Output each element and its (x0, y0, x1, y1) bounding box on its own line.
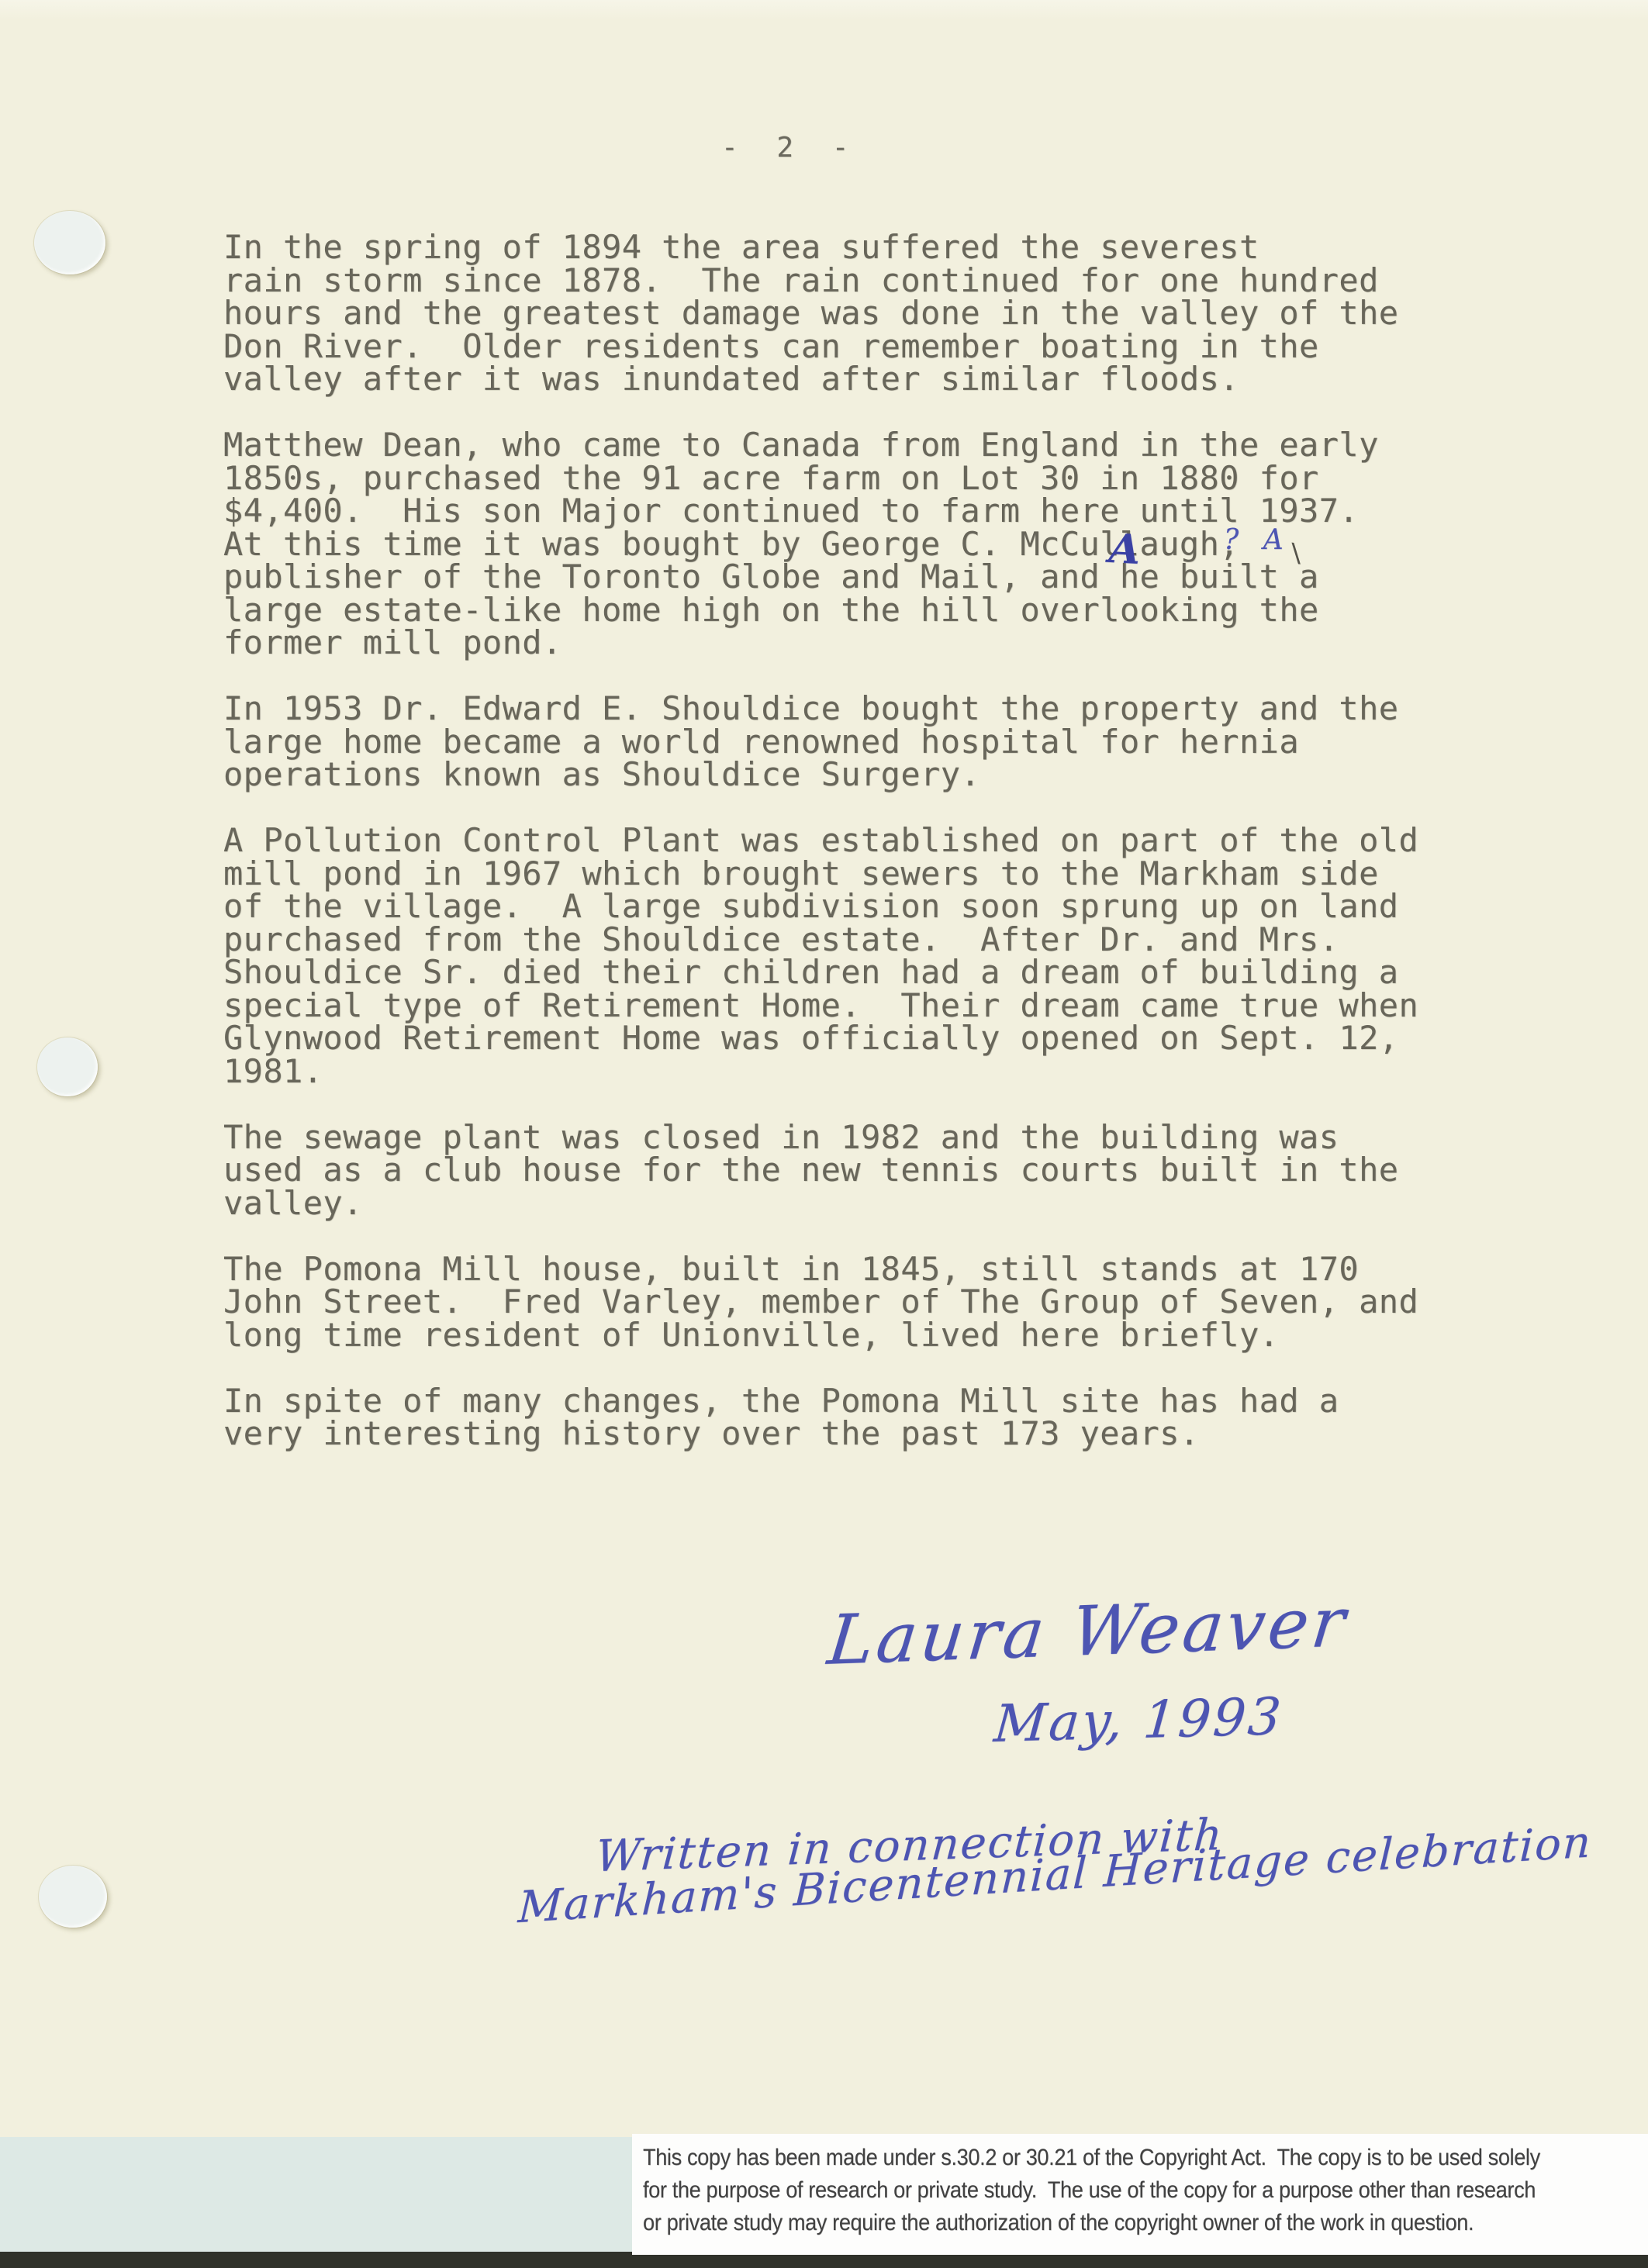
signature-date: May, 1993 (992, 1686, 1285, 1754)
scanned-document-page: - 2 - In the spring of 1894 the area suf… (0, 0, 1648, 2268)
punch-hole-bottom (39, 1866, 107, 1928)
typed-text-body: In the spring of 1894 the area suffered … (223, 231, 1464, 1483)
punch-hole-top (34, 211, 105, 274)
paragraph-4: A Pollution Control Plant was establishe… (223, 824, 1464, 1088)
paragraph-6: The Pomona Mill house, built in 1845, st… (223, 1253, 1464, 1352)
handwritten-correction-letter: A (1107, 525, 1141, 574)
punch-hole-middle (37, 1037, 98, 1096)
paragraph-5: The sewage plant was closed in 1982 and … (223, 1121, 1464, 1220)
page-number: - 2 - (721, 132, 923, 164)
handwritten-margin-note: ? A (1224, 524, 1291, 556)
paragraph-1: In the spring of 1894 the area suffered … (223, 231, 1464, 396)
paragraph-7: In spite of many changes, the Pomona Mil… (223, 1385, 1464, 1451)
copyright-notice-text: This copy has been made under s.30.2 or … (643, 2142, 1540, 2239)
copyright-stamp-box: This copy has been made under s.30.2 or … (632, 2134, 1648, 2255)
paragraph-3: In 1953 Dr. Edward E. Shouldice bought t… (223, 692, 1464, 792)
